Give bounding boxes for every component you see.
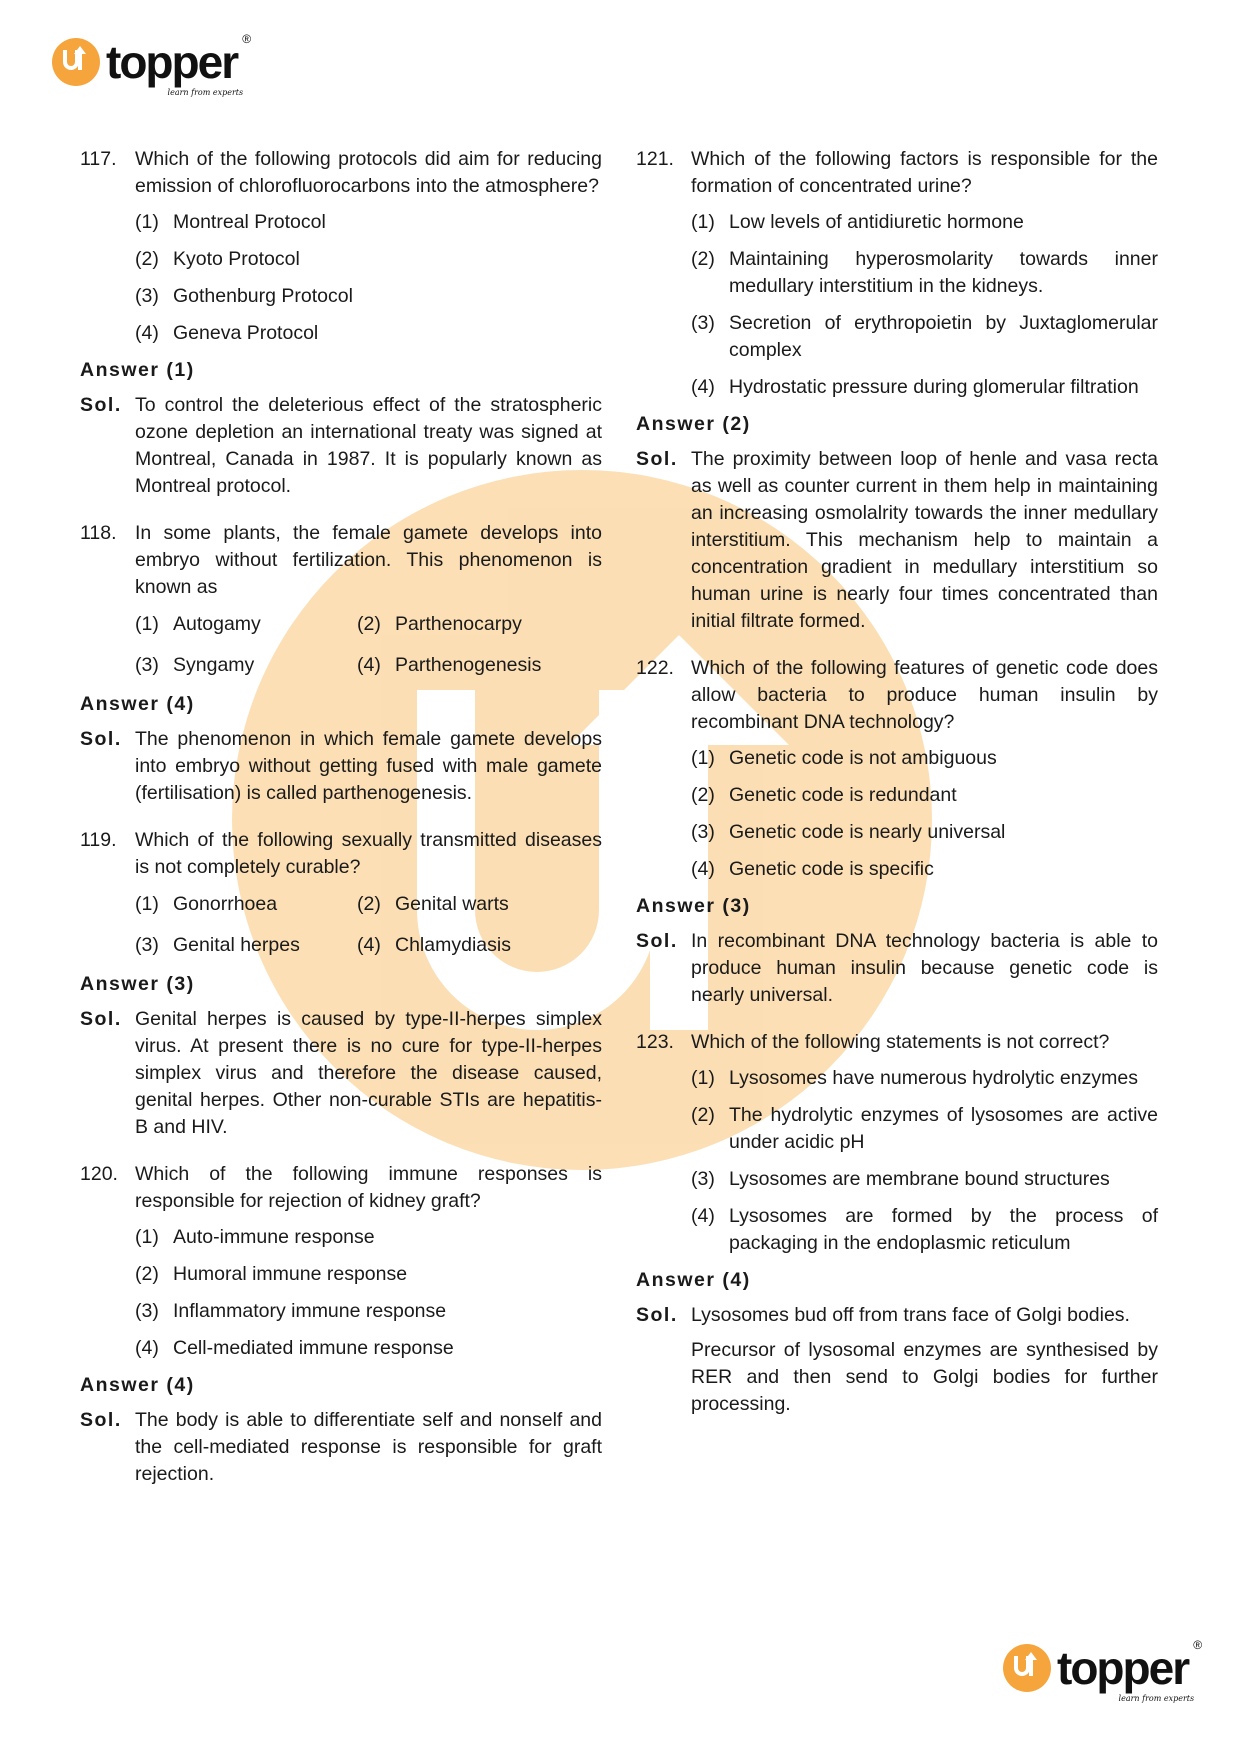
- option-number: (2): [135, 246, 173, 273]
- question-text: Which of the following factors is respon…: [691, 146, 1158, 200]
- option-text: Genetic code is not ambiguous: [729, 745, 1158, 772]
- option-item: (3)Gothenburg Protocol: [135, 283, 602, 310]
- option-item: (1)Montreal Protocol: [135, 209, 602, 236]
- option-text: Low levels of antidiuretic hormone: [729, 209, 1158, 236]
- option-number: (4): [691, 1203, 729, 1257]
- solution: Sol.The proximity between loop of henle …: [636, 446, 1158, 643]
- solution-body: In recombinant DNA technology bacteria i…: [691, 928, 1158, 1017]
- option-text: Syngamy: [173, 652, 357, 679]
- option-text: Humoral immune response: [173, 1261, 602, 1288]
- option-item: (2)Genetic code is redundant: [691, 782, 1158, 809]
- solution: Sol.The body is able to differentiate se…: [80, 1407, 602, 1496]
- brand-logo-bottom: topper ® learn from experts: [1003, 1644, 1188, 1692]
- option-text: Genetic code is redundant: [729, 782, 1158, 809]
- registered-mark: ®: [242, 33, 251, 45]
- question: 118.In some plants, the female gamete de…: [80, 520, 602, 601]
- solution-label: Sol.: [636, 1302, 691, 1426]
- solution: Sol.Lysosomes bud off from trans face of…: [636, 1302, 1158, 1426]
- option-item: (1)Low levels of antidiuretic hormone: [691, 209, 1158, 236]
- question-number: 119.: [80, 827, 135, 881]
- option-number: (2): [357, 611, 395, 638]
- solution-body: The proximity between loop of henle and …: [691, 446, 1158, 643]
- brand-wordmark: topper ® learn from experts: [106, 39, 237, 85]
- option-number: (2): [135, 1261, 173, 1288]
- solution-paragraph: Lysosomes bud off from trans face of Gol…: [691, 1302, 1158, 1329]
- question-number: 120.: [80, 1161, 135, 1215]
- option-text: Gonorrhoea: [173, 891, 357, 918]
- solution: Sol.The phenomenon in which female gamet…: [80, 726, 602, 815]
- option-item: (4)Geneva Protocol: [135, 320, 602, 347]
- options-list: (1)Lysosomes have numerous hydrolytic en…: [691, 1065, 1158, 1257]
- option-item: (3)Lysosomes are membrane bound structur…: [691, 1166, 1158, 1193]
- solution-body: The phenomenon in which female gamete de…: [135, 726, 602, 815]
- answer-label: Answer (1): [80, 357, 602, 384]
- solution: Sol.Genital herpes is caused by type-II-…: [80, 1006, 602, 1149]
- question-block: 121.Which of the following factors is re…: [636, 146, 1158, 643]
- option-text: The hydrolytic enzymes of lysosomes are …: [729, 1102, 1158, 1156]
- solution-paragraph: The phenomenon in which female gamete de…: [135, 726, 602, 807]
- answer-label: Answer (4): [636, 1267, 1158, 1294]
- solution-body: Genital herpes is caused by type-II-herp…: [135, 1006, 602, 1149]
- question: 119.Which of the following sexually tran…: [80, 827, 602, 881]
- solution: Sol.To control the deleterious effect of…: [80, 392, 602, 508]
- option-text: Lysosomes have numerous hydrolytic enzym…: [729, 1065, 1158, 1092]
- solution-paragraph: The proximity between loop of henle and …: [691, 446, 1158, 635]
- question-text: Which of the following sexually transmit…: [135, 827, 602, 881]
- option-item: (4)Parthenogenesis: [357, 652, 602, 679]
- option-number: (1): [135, 611, 173, 638]
- option-item: (3)Genital herpes: [135, 932, 357, 959]
- option-number: (3): [135, 932, 173, 959]
- option-text: Gothenburg Protocol: [173, 283, 602, 310]
- option-text: Cell-mediated immune response: [173, 1335, 602, 1362]
- registered-mark: ®: [1193, 1639, 1202, 1651]
- question-block: 123.Which of the following statements is…: [636, 1029, 1158, 1426]
- brand-wordmark: topper ® learn from experts: [1057, 1645, 1188, 1691]
- solution-label: Sol.: [636, 446, 691, 643]
- option-number: (3): [691, 819, 729, 846]
- option-number: (1): [691, 209, 729, 236]
- solution-label: Sol.: [80, 1006, 135, 1149]
- question-number: 122.: [636, 655, 691, 736]
- question-block: 119.Which of the following sexually tran…: [80, 827, 602, 1149]
- option-number: (1): [135, 891, 173, 918]
- solution-paragraph: To control the deleterious effect of the…: [135, 392, 602, 500]
- answer-label: Answer (3): [636, 893, 1158, 920]
- option-number: (1): [135, 1224, 173, 1251]
- option-number: (2): [357, 891, 395, 918]
- question: 120.Which of the following immune respon…: [80, 1161, 602, 1215]
- options-list: (1)Auto-immune response(2)Humoral immune…: [135, 1224, 602, 1362]
- option-number: (4): [135, 1335, 173, 1362]
- solution-label: Sol.: [80, 1407, 135, 1496]
- option-item: (2)Maintaining hyperosmolarity towards i…: [691, 246, 1158, 300]
- option-item: (2)Genital warts: [357, 891, 602, 918]
- option-text: Maintaining hyperosmolarity towards inne…: [729, 246, 1158, 300]
- option-item: (1)Autogamy: [135, 611, 357, 638]
- option-item: (2)Kyoto Protocol: [135, 246, 602, 273]
- option-text: Inflammatory immune response: [173, 1298, 602, 1325]
- solution-body: The body is able to differentiate self a…: [135, 1407, 602, 1496]
- option-item: (4)Hydrostatic pressure during glomerula…: [691, 374, 1158, 401]
- options-list: (1)Low levels of antidiuretic hormone(2)…: [691, 209, 1158, 401]
- option-number: (4): [691, 856, 729, 883]
- question-number: 117.: [80, 146, 135, 200]
- option-number: (2): [691, 246, 729, 300]
- option-item: (4)Lysosomes are formed by the process o…: [691, 1203, 1158, 1257]
- option-text: Chlamydiasis: [395, 932, 602, 959]
- option-item: (4)Cell-mediated immune response: [135, 1335, 602, 1362]
- brand-tagline: learn from experts: [1119, 1695, 1195, 1703]
- question-block: 120.Which of the following immune respon…: [80, 1161, 602, 1496]
- option-item: (4)Genetic code is specific: [691, 856, 1158, 883]
- option-number: (3): [135, 1298, 173, 1325]
- question: 121.Which of the following factors is re…: [636, 146, 1158, 200]
- question-text: Which of the following immune responses …: [135, 1161, 602, 1215]
- answer-label: Answer (4): [80, 691, 602, 718]
- left-column: 117.Which of the following protocols did…: [80, 146, 602, 1508]
- question-number: 121.: [636, 146, 691, 200]
- option-item: (3)Secretion of erythropoietin by Juxtag…: [691, 310, 1158, 364]
- option-item: (3)Inflammatory immune response: [135, 1298, 602, 1325]
- solution-body: Lysosomes bud off from trans face of Gol…: [691, 1302, 1158, 1426]
- question-block: 117.Which of the following protocols did…: [80, 146, 602, 508]
- solution-label: Sol.: [80, 726, 135, 815]
- question: 123.Which of the following statements is…: [636, 1029, 1158, 1056]
- option-number: (3): [691, 310, 729, 364]
- solution-paragraph: Genital herpes is caused by type-II-herp…: [135, 1006, 602, 1141]
- solution-body: To control the deleterious effect of the…: [135, 392, 602, 508]
- option-number: (1): [691, 745, 729, 772]
- question-text: Which of the following protocols did aim…: [135, 146, 602, 200]
- solution-paragraph: The body is able to differentiate self a…: [135, 1407, 602, 1488]
- brand-tagline: learn from experts: [168, 89, 244, 97]
- option-text: Lysosomes are formed by the process of p…: [729, 1203, 1158, 1257]
- solution-paragraph: In recombinant DNA technology bacteria i…: [691, 928, 1158, 1009]
- question-text: Which of the following statements is not…: [691, 1029, 1158, 1056]
- answer-label: Answer (2): [636, 411, 1158, 438]
- option-text: Hydrostatic pressure during glomerular f…: [729, 374, 1158, 401]
- option-item: (3)Syngamy: [135, 652, 357, 679]
- option-text: Genetic code is specific: [729, 856, 1158, 883]
- option-text: Autogamy: [173, 611, 357, 638]
- option-number: (4): [357, 652, 395, 679]
- question-text: In some plants, the female gamete develo…: [135, 520, 602, 601]
- option-number: (3): [691, 1166, 729, 1193]
- option-text: Lysosomes are membrane bound structures: [729, 1166, 1158, 1193]
- option-number: (4): [135, 320, 173, 347]
- u-arrow-up-icon: [52, 38, 100, 86]
- brand-logo-top: topper ® learn from experts: [52, 38, 237, 86]
- option-item: (1)Gonorrhoea: [135, 891, 357, 918]
- option-item: (1)Genetic code is not ambiguous: [691, 745, 1158, 772]
- question-block: 122.Which of the following features of g…: [636, 655, 1158, 1017]
- option-item: (1)Lysosomes have numerous hydrolytic en…: [691, 1065, 1158, 1092]
- question: 117.Which of the following protocols did…: [80, 146, 602, 200]
- option-number: (3): [135, 652, 173, 679]
- option-text: Auto-immune response: [173, 1224, 602, 1251]
- option-number: (1): [135, 209, 173, 236]
- option-text: Parthenogenesis: [395, 652, 602, 679]
- option-text: Montreal Protocol: [173, 209, 602, 236]
- solution-label: Sol.: [636, 928, 691, 1017]
- option-item: (2)Humoral immune response: [135, 1261, 602, 1288]
- answer-label: Answer (4): [80, 1372, 602, 1399]
- option-text: Parthenocarpy: [395, 611, 602, 638]
- option-text: Genital warts: [395, 891, 602, 918]
- option-item: (3)Genetic code is nearly universal: [691, 819, 1158, 846]
- option-item: (4)Chlamydiasis: [357, 932, 602, 959]
- option-text: Genetic code is nearly universal: [729, 819, 1158, 846]
- question: 122.Which of the following features of g…: [636, 655, 1158, 736]
- option-number: (4): [691, 374, 729, 401]
- solution: Sol.In recombinant DNA technology bacter…: [636, 928, 1158, 1017]
- question-number: 123.: [636, 1029, 691, 1056]
- option-number: (4): [357, 932, 395, 959]
- option-number: (2): [691, 782, 729, 809]
- u-arrow-up-icon: [1003, 1644, 1051, 1692]
- solution-label: Sol.: [80, 392, 135, 508]
- option-number: (3): [135, 283, 173, 310]
- options-list: (1)Autogamy(2)Parthenocarpy(3)Syngamy(4)…: [135, 611, 602, 679]
- option-text: Geneva Protocol: [173, 320, 602, 347]
- option-text: Kyoto Protocol: [173, 246, 602, 273]
- options-list: (1)Gonorrhoea(2)Genital warts(3)Genital …: [135, 891, 602, 959]
- question-text: Which of the following features of genet…: [691, 655, 1158, 736]
- option-item: (1)Auto-immune response: [135, 1224, 602, 1251]
- option-item: (2)Parthenocarpy: [357, 611, 602, 638]
- option-number: (2): [691, 1102, 729, 1156]
- option-text: Secretion of erythropoietin by Juxtaglom…: [729, 310, 1158, 364]
- option-text: Genital herpes: [173, 932, 357, 959]
- options-list: (1)Montreal Protocol(2)Kyoto Protocol(3)…: [135, 209, 602, 347]
- question-block: 118.In some plants, the female gamete de…: [80, 520, 602, 815]
- right-column: 121.Which of the following factors is re…: [636, 146, 1158, 1438]
- solution-paragraph: Precursor of lysosomal enzymes are synth…: [691, 1337, 1158, 1418]
- answer-label: Answer (3): [80, 971, 602, 998]
- question-number: 118.: [80, 520, 135, 601]
- options-list: (1)Genetic code is not ambiguous(2)Genet…: [691, 745, 1158, 883]
- option-number: (1): [691, 1065, 729, 1092]
- option-item: (2)The hydrolytic enzymes of lysosomes a…: [691, 1102, 1158, 1156]
